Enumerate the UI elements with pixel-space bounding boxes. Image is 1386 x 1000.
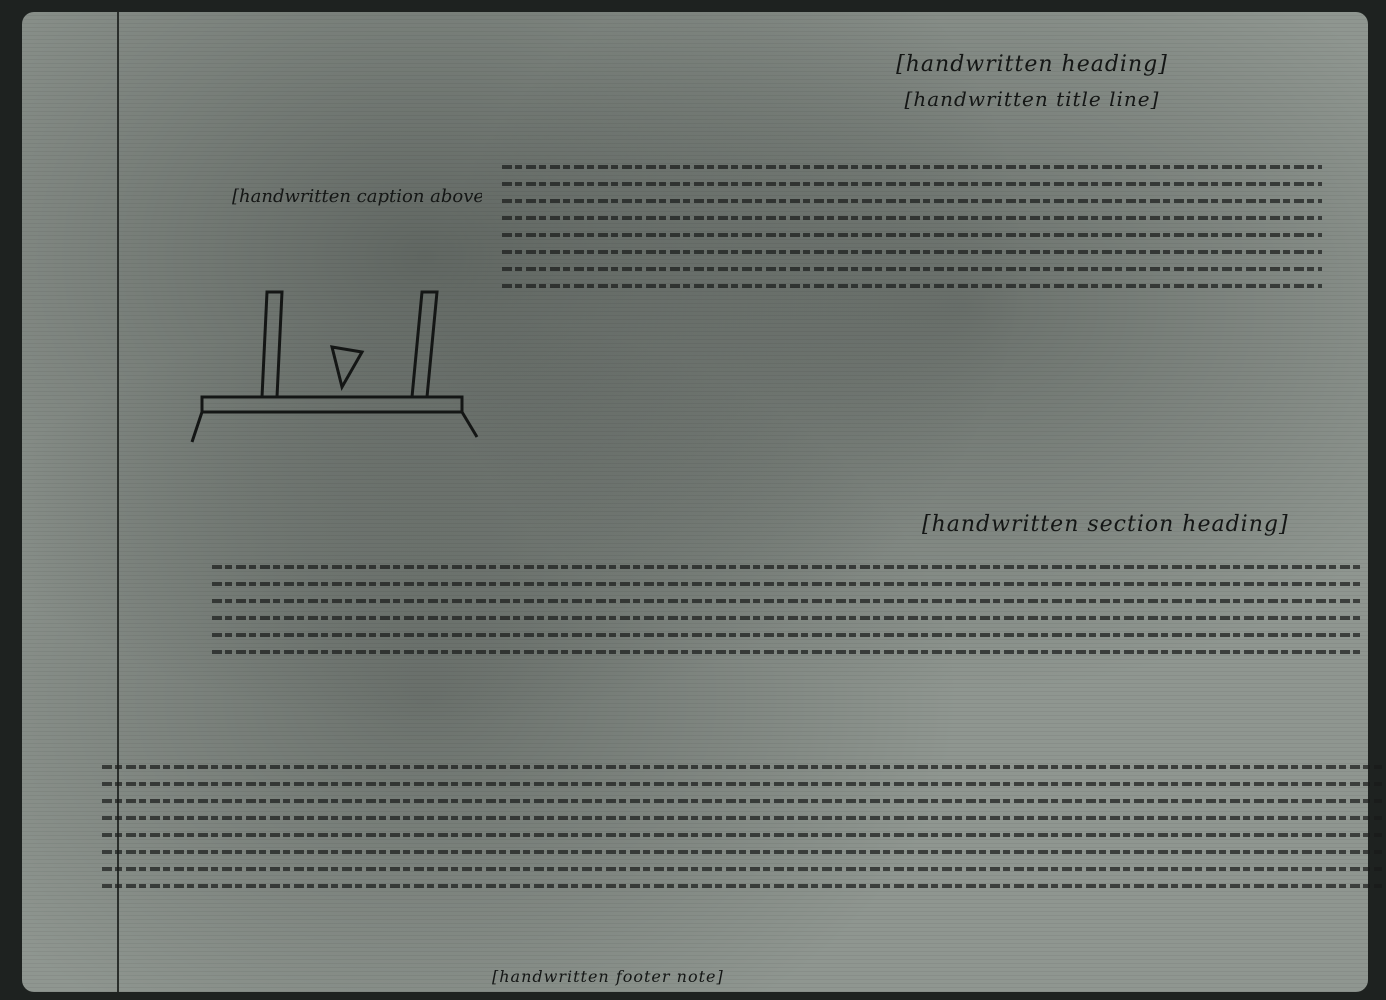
text-line [212, 565, 1362, 569]
list-row [502, 216, 1322, 220]
text-line [212, 599, 1362, 603]
manuscript-subheading: [handwritten title line] [822, 87, 1242, 111]
list-row [502, 250, 1322, 254]
list-row [502, 165, 1322, 169]
text-line [102, 884, 1382, 888]
manuscript-heading: [handwritten heading] [822, 52, 1242, 77]
altar-drawing: [handwritten caption above drawing] [182, 172, 482, 462]
list-row [502, 182, 1322, 186]
paragraph-1 [212, 552, 1362, 667]
text-line [212, 650, 1362, 654]
entry-list [502, 152, 1322, 301]
text-line [102, 867, 1382, 871]
text-line [102, 816, 1382, 820]
text-line [102, 765, 1382, 769]
list-row [502, 199, 1322, 203]
text-line [102, 833, 1382, 837]
list-row [502, 284, 1322, 288]
manuscript-board: [handwritten heading] [handwritten title… [22, 12, 1368, 992]
footer-note: [handwritten footer note] [492, 967, 724, 986]
text-line [212, 616, 1362, 620]
text-line [102, 799, 1382, 803]
text-line [212, 582, 1362, 586]
text-line [212, 633, 1362, 637]
list-row [502, 267, 1322, 271]
drawing-caption: [handwritten caption above drawing] [232, 186, 482, 207]
text-line [102, 850, 1382, 854]
list-row [502, 233, 1322, 237]
text-line [102, 782, 1382, 786]
paragraph-2 [102, 752, 1382, 901]
section-title: [handwritten section heading] [922, 512, 1289, 537]
